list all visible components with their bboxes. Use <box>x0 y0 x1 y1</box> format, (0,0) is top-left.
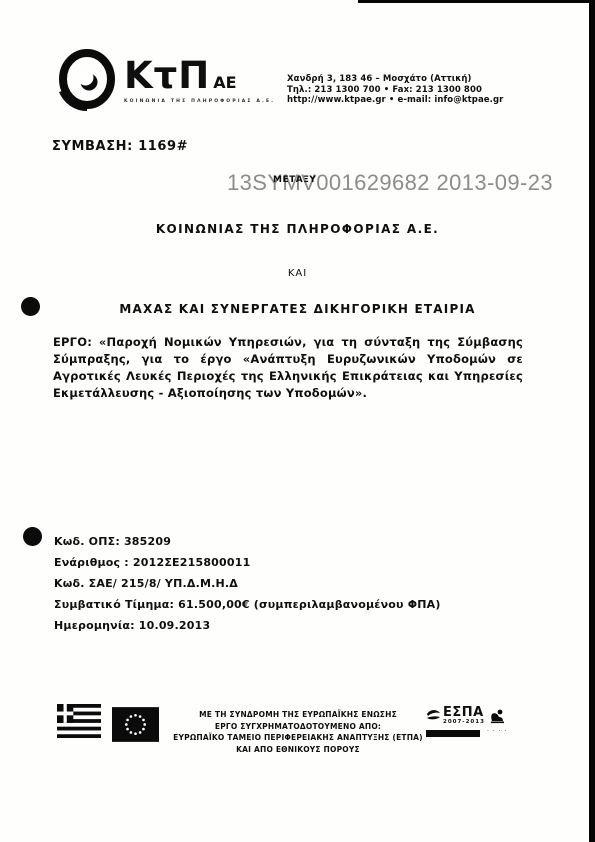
funding-statement: ΜΕ ΤΗ ΣΥΝΔΡΟΜΗ ΤΗΣ ΕΥΡΩΠΑΪΚΗΣ ΕΝΩΣΗΣ ΕΡΓ… <box>158 709 438 755</box>
party2-name: ΜΑΧΑΣ ΚΑΙ ΣΥΝΕΡΓΑΤΕΣ ΔΙΚΗΓΟΡΙΚΗ ΕΤΑΙΡΙΑ <box>0 302 595 316</box>
hole-punch-mark-bottom <box>23 527 42 546</box>
funding-line: ΜΕ ΤΗ ΣΥΝΔΡΟΜΗ ΤΗΣ ΕΥΡΩΠΑΪΚΗΣ ΕΝΩΣΗΣ <box>158 709 438 721</box>
funding-line: ΕΡΓΟ ΣΥΓΧΡΗΜΑΤΟΔΟΤΟΥΜΕΝΟ ΑΠΟ: <box>158 721 438 733</box>
contract-details-block: Κωδ. ΟΠΣ: 385209 Ενάριθμος : 2012ΣΕ21580… <box>54 531 441 636</box>
contract-price-line: Συμβατικό Τίμημα: 61.500,00€ (συμπεριλαμ… <box>54 594 441 615</box>
and-label: ΚΑΙ <box>0 268 595 279</box>
ktp-logo: ΚτΠΑΕ ΚΟΙΝΩΝΙΑ ΤΗΣ ΠΛΗΡΟΦΟΡΙΑΣ Α.Ε. <box>58 48 275 116</box>
hole-punch-mark-top <box>21 297 40 316</box>
phone-fax-line: Τηλ.: 213 1300 700 • Fax: 213 1300 800 <box>287 85 503 96</box>
sae-code-line: Κωδ. ΣΑΕ/ 215/8/ ΥΠ.Δ.Μ.Η.Δ <box>54 573 441 594</box>
partner-emblem-icon: · · · · <box>487 708 507 734</box>
espa-years: 2007-2013 <box>443 719 485 725</box>
ktp-logo-suffix: ΑΕ <box>213 73 236 92</box>
web-email-line: http://www.ktpae.gr • e-mail: info@ktpae… <box>287 95 503 106</box>
project-description: ΕΡΓΟ: «Παροχή Νομικών Υπηρεσιών, για τη … <box>53 334 523 402</box>
funding-line: ΚΑΙ ΑΠΟ ΕΘΝΙΚΟΥΣ ΠΟΡΟΥΣ <box>158 744 438 756</box>
espa-swoosh-icon <box>426 706 441 728</box>
contract-number-label: ΣΥΜΒΑΣΗ: 1169# <box>52 139 188 154</box>
between-label: ΜΕΤΑΞΥ <box>273 175 316 185</box>
greek-flag-icon <box>57 704 101 742</box>
scan-edge-artifact-top <box>358 0 595 3</box>
espa-logo: ΕΣΠΑ 2007-2013 <box>426 706 485 737</box>
espa-bar <box>426 730 480 737</box>
address-line: Χανδρή 3, 183 46 – Μοσχάτο (Αττική) <box>287 74 503 85</box>
ops-code-line: Κωδ. ΟΠΣ: 385209 <box>54 531 441 552</box>
espa-label: ΕΣΠΑ <box>443 706 485 719</box>
ktp-logo-icon <box>58 48 118 116</box>
emblem-dots: · · · · <box>487 729 507 734</box>
party1-name: ΚΟΙΝΩΝΙΑΣ ΤΗΣ ΠΛΗΡΟΦΟΡΙΑΣ Α.Ε. <box>0 222 595 236</box>
ktp-logo-tagline: ΚΟΙΝΩΝΙΑ ΤΗΣ ΠΛΗΡΟΦΟΡΙΑΣ Α.Ε. <box>124 99 275 104</box>
scanned-contract-page: ΚτΠΑΕ ΚΟΙΝΩΝΙΑ ΤΗΣ ΠΛΗΡΟΦΟΡΙΑΣ Α.Ε. Χανδ… <box>0 0 595 842</box>
ktp-logo-text: ΚτΠ <box>124 54 210 97</box>
funding-line: ΕΥΡΩΠΑΪΚΟ ΤΑΜΕΙΟ ΠΕΡΙΦΕΡΕΙΑΚΗΣ ΑΝΑΠΤΥΞΗΣ… <box>158 732 438 744</box>
date-line: Ημερομηνία: 10.09.2013 <box>54 615 441 636</box>
company-address-block: Χανδρή 3, 183 46 – Μοσχάτο (Αττική) Τηλ.… <box>287 74 503 106</box>
enarithmos-line: Ενάριθμος : 2012ΣΕ215800011 <box>54 552 441 573</box>
scan-edge-artifact-right <box>589 0 595 842</box>
eu-flag-icon <box>112 707 159 746</box>
